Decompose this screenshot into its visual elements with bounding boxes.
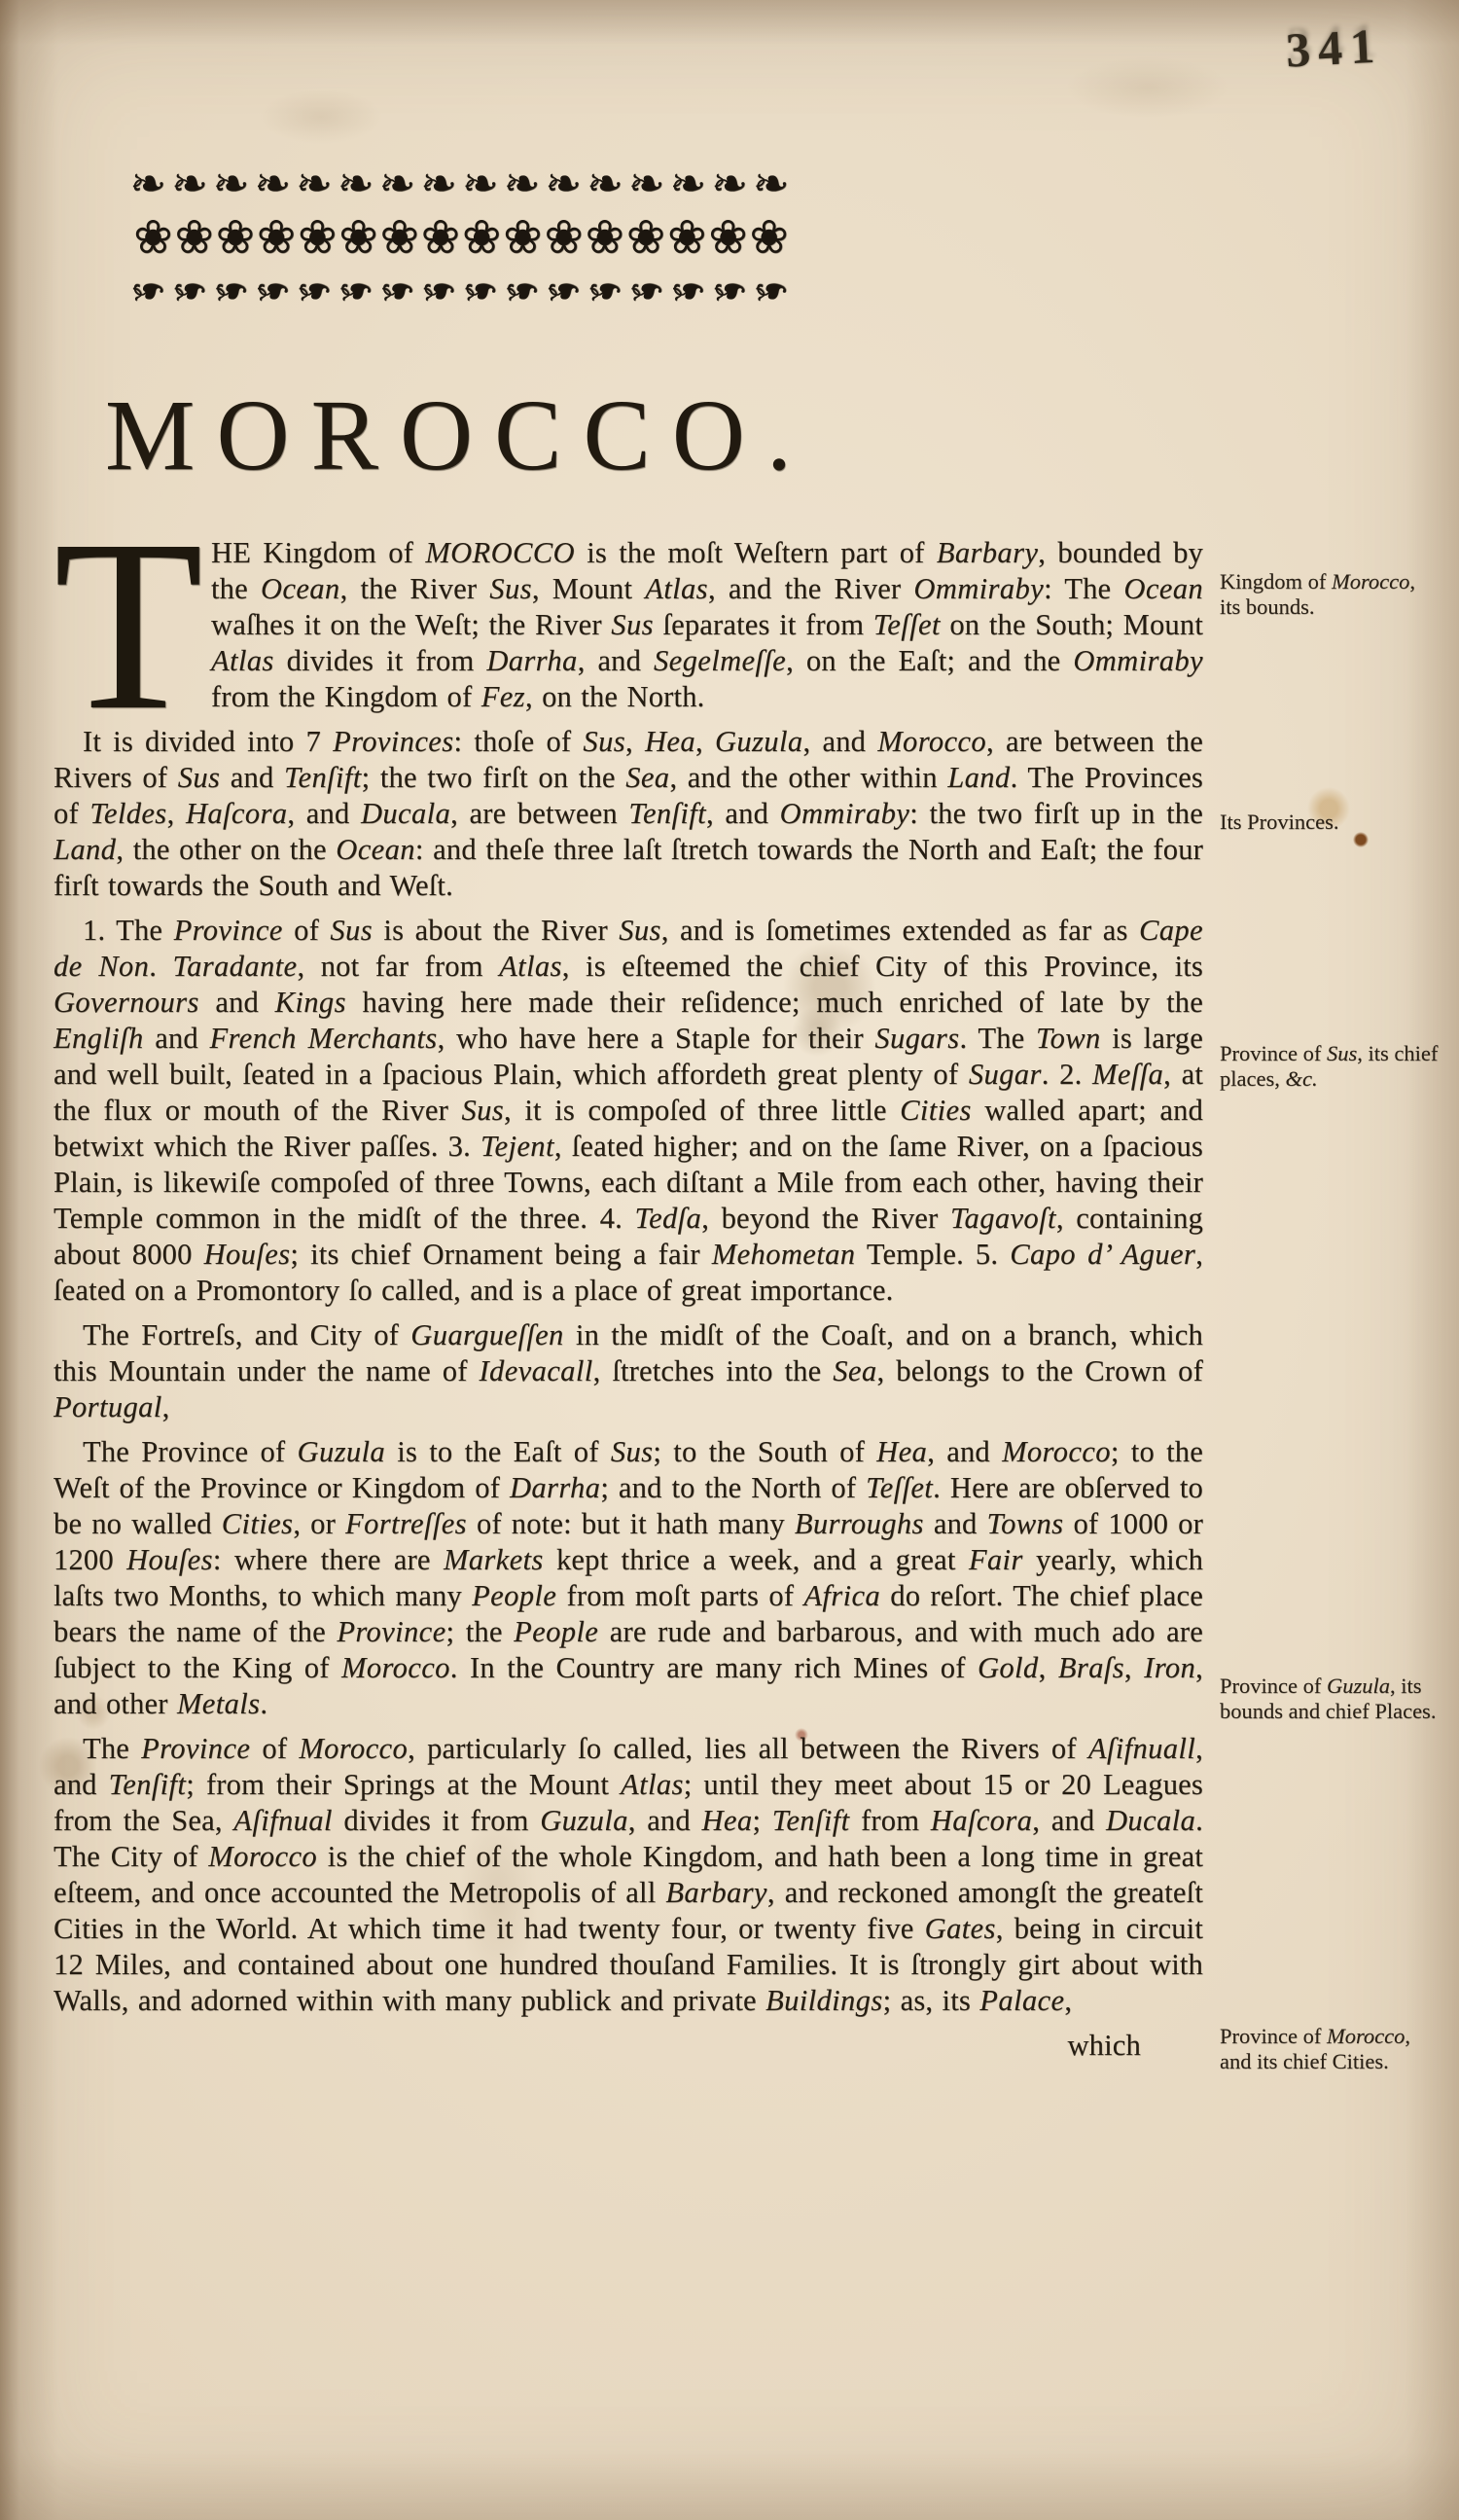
page-number: 341 (1285, 17, 1384, 78)
headpiece-ornament: ❧❧❧❧❧❧❧❧❧❧❧❧❧❧❧❧ ❀❀❀❀❀❀❀❀❀❀❀❀❀❀❀❀ ❧❧❧❧❧❧… (56, 162, 868, 322)
margin-note-provinces: Its Provinces. (1220, 810, 1440, 835)
paragraph-provinces: It is divided into 7 Provinces: thoſe of… (53, 724, 1203, 904)
margin-note-province-guzula: Province of Guzula, its bounds and chief… (1220, 1674, 1440, 1724)
margin-note-kingdom-bounds: Kingdom of Morocco, its bounds. (1220, 569, 1440, 620)
paragraph-province-morocco: The Province of Morocco, particularly ſo… (53, 1731, 1203, 2019)
fleuron-row-inverted-icon: ❧❧❧❧❧❧❧❧❧❧❧❧❧❧❧❧ (56, 270, 868, 313)
margin-note-province-morocco: Province of Morocco, and its chief Citie… (1220, 2024, 1440, 2074)
paragraph-kingdom-bounds: THE Kingdom of MOROCCO is the moſt Weſte… (53, 535, 1203, 715)
paragraph-province-guzula: The Province of Guzula is to the Eaſt of… (53, 1434, 1203, 1722)
margin-note-province-sus: Province of Sus, its chief places, &c. (1220, 1041, 1440, 1092)
drop-cap: T (53, 541, 199, 724)
catchword: which (53, 2028, 1203, 2064)
paragraph-text: HE Kingdom of MOROCCO is the moſt Weſter… (211, 536, 1203, 713)
rosette-row-icon: ❀❀❀❀❀❀❀❀❀❀❀❀❀❀❀❀ (56, 214, 868, 261)
main-text-column: THE Kingdom of MOROCCO is the moſt Weſte… (53, 535, 1203, 2064)
page-title: MOROCCO. (53, 378, 865, 493)
paragraph-province-sus: 1. The Province of Sus is about the Rive… (53, 913, 1203, 1309)
fleuron-row-icon: ❧❧❧❧❧❧❧❧❧❧❧❧❧❧❧❧ (56, 162, 868, 205)
paragraph-guarguessen: The Fortreſs, and City of Guargueſſen in… (53, 1317, 1203, 1425)
book-page: 341 ❧❧❧❧❧❧❧❧❧❧❧❧❧❧❧❧ ❀❀❀❀❀❀❀❀❀❀❀❀❀❀❀❀ ❧❧… (0, 0, 1459, 2520)
